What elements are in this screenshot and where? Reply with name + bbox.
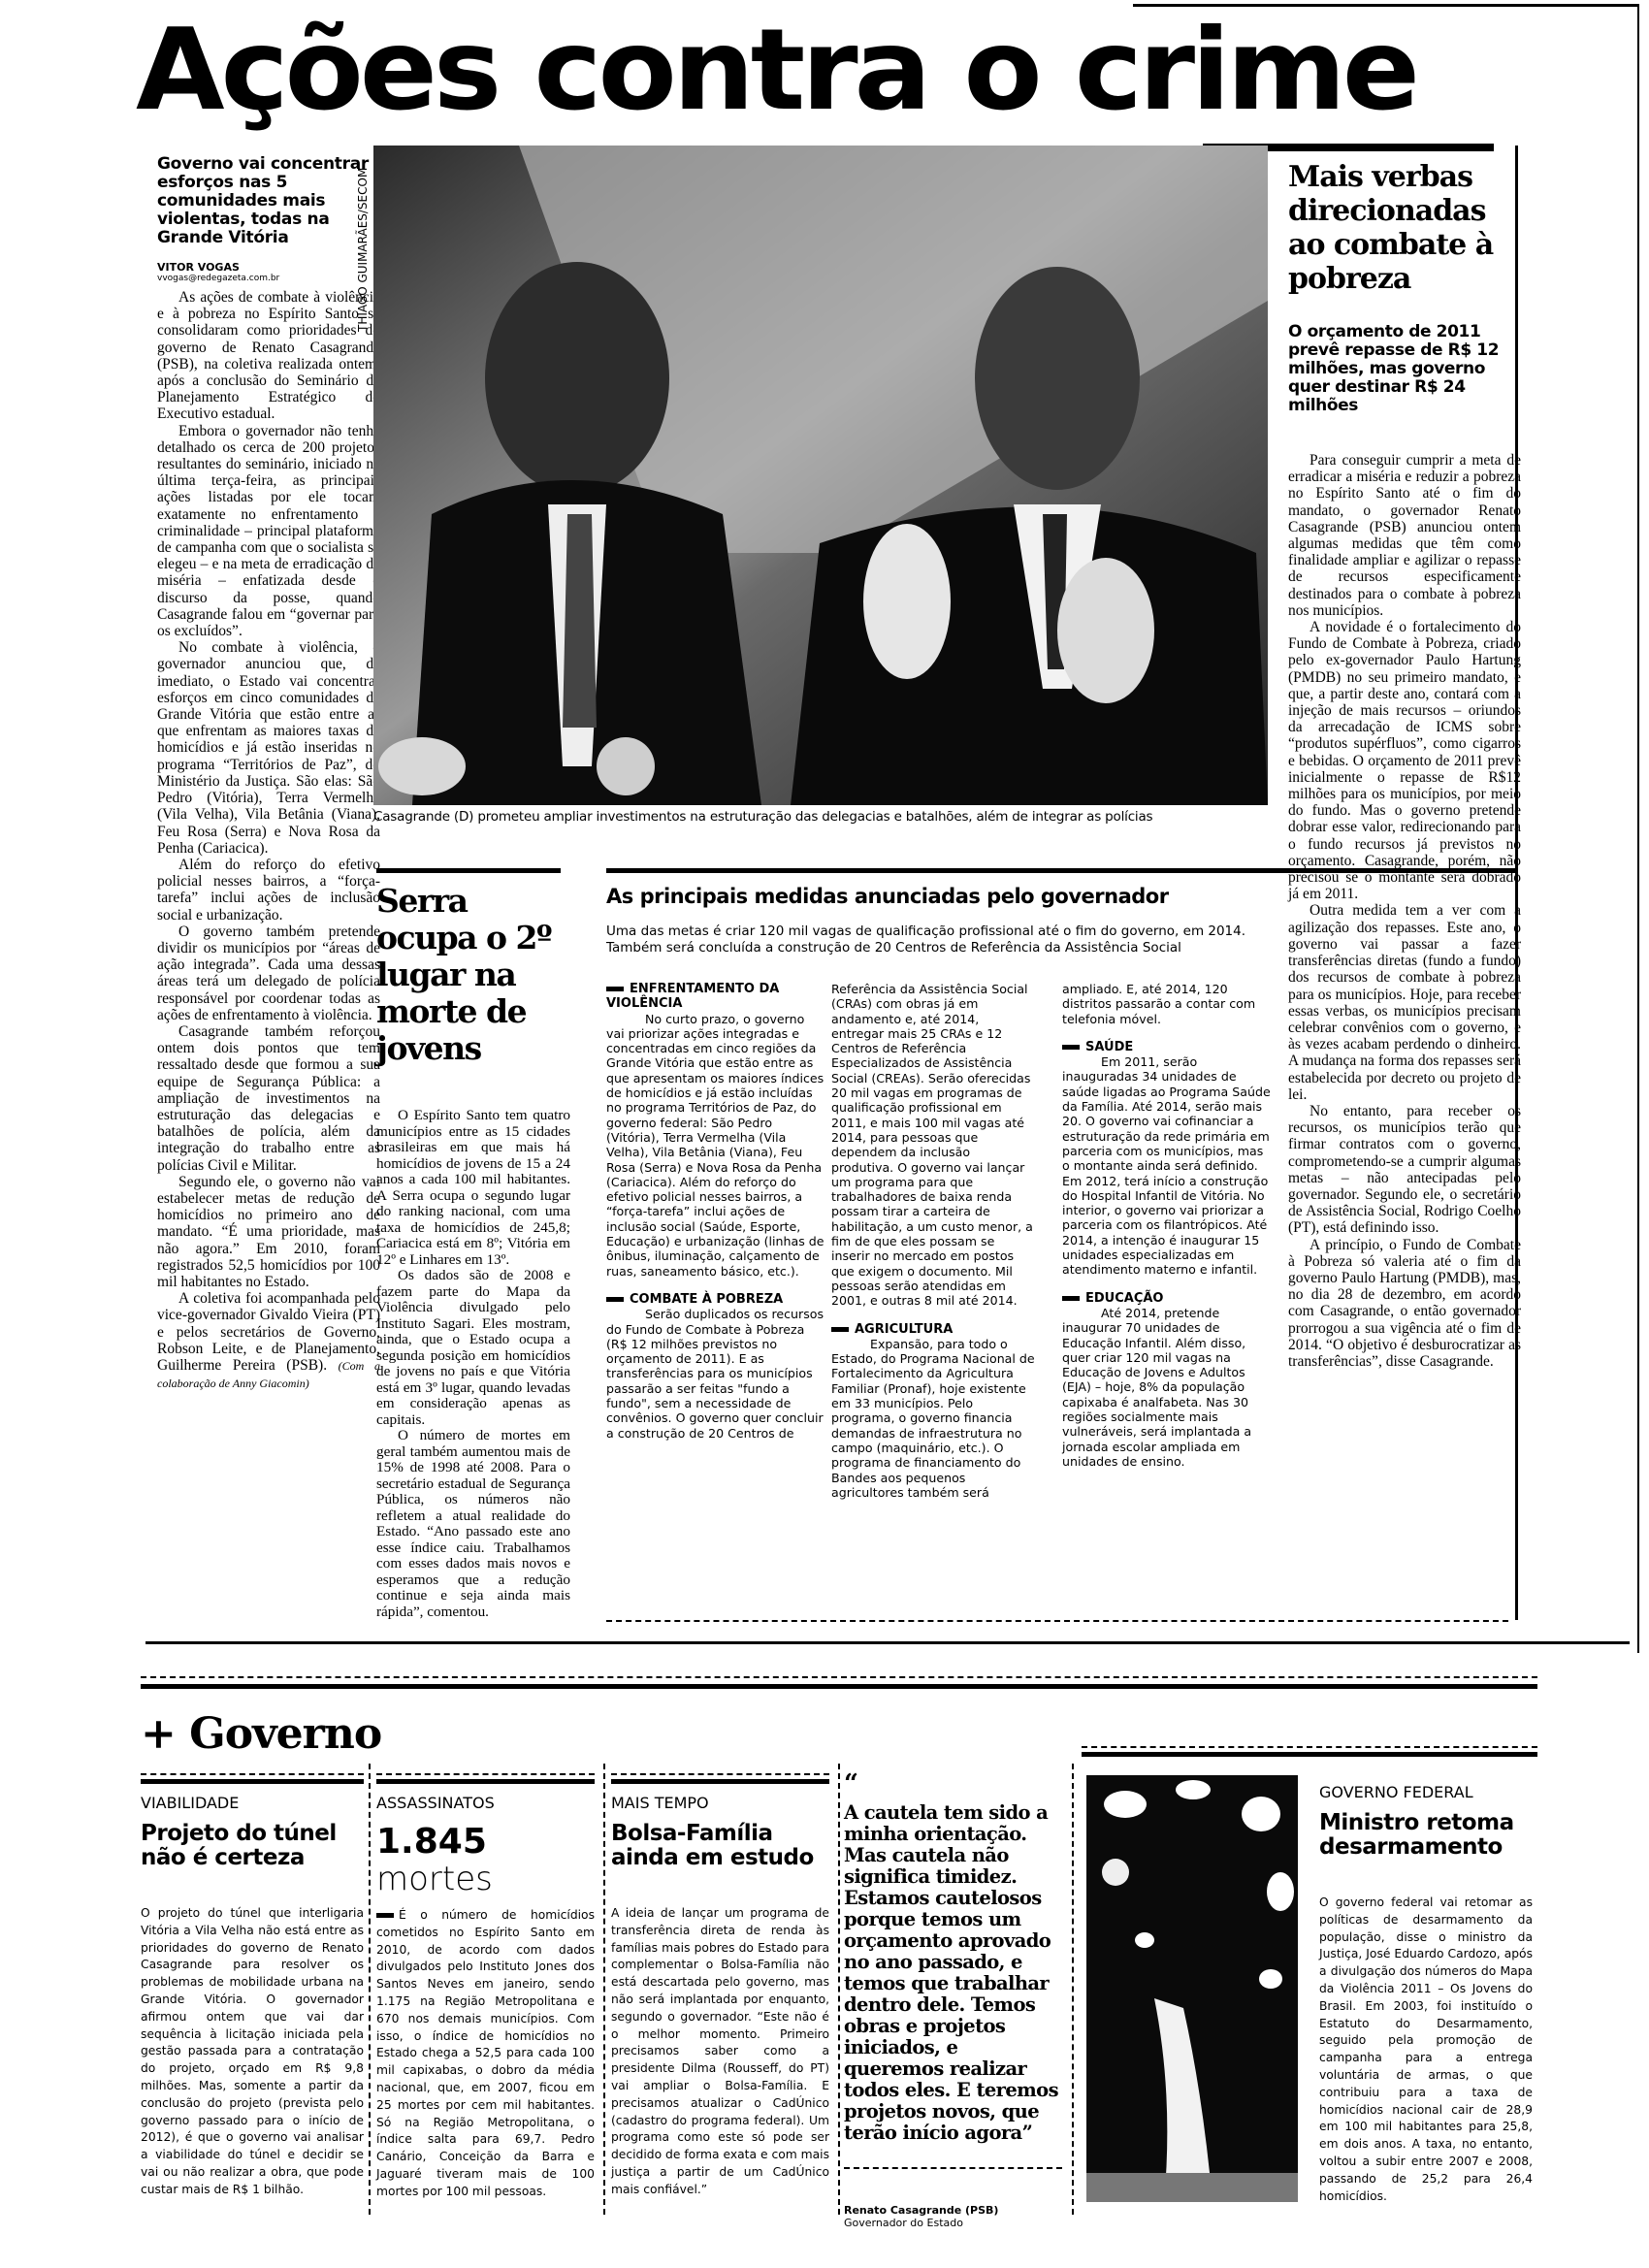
- serra-box-body: O Espírito Santo tem quatro municípios e…: [376, 1108, 570, 1620]
- quote-rule: [844, 2167, 1062, 2169]
- lead-story: Governo vai concentrar esforços nas 5 co…: [157, 155, 380, 1392]
- byline-email[interactable]: vvogas@redegazeta.com.br: [157, 274, 380, 283]
- column-divider: [838, 1764, 840, 2215]
- box-title: Projeto do túnel não é certeza: [141, 1822, 364, 1870]
- page-frame-right: [1637, 4, 1639, 1653]
- box-title: Bolsa-Família ainda em estudo: [611, 1822, 829, 1870]
- lead-paragraph: Além do reforço do efetivo policial ness…: [157, 857, 380, 923]
- serra-box-title: Serra ocupa o 2º lugar na morte de joven…: [376, 883, 570, 1067]
- right-story-body: Para conseguir cumprir a meta de erradic…: [1288, 452, 1521, 1370]
- serra-paragraph: Os dados são de 2008 e fazem parte do Ma…: [376, 1268, 570, 1428]
- box-body: O governo federal vai retomar as polític…: [1319, 1895, 1533, 2205]
- right-paragraph: A princípio, o Fundo de Combate à Pobrez…: [1288, 1237, 1521, 1371]
- medidas-title: As principais medidas anunciadas pelo go…: [606, 885, 1169, 908]
- box-body: O projeto do túnel que interligaria Vitó…: [141, 1905, 364, 2199]
- right-paragraph: Outra medida tem a ver com a agilização …: [1288, 902, 1521, 1102]
- mais-governo-title: + Governo: [141, 1709, 381, 1759]
- right-paragraph: No entanto, para receber os recursos, os…: [1288, 1103, 1521, 1237]
- section-text: Até 2014, pretende inaugurar 70 unidades…: [1062, 1306, 1271, 1469]
- box-rule: [376, 1773, 595, 1775]
- bullet-bar-icon: [376, 1913, 394, 1918]
- section-label-violencia: ENFRENTAMENTO DA VIOLÊNCIA: [606, 982, 824, 1012]
- section-label-pobreza: COMBATE À POBREZA: [606, 1292, 824, 1307]
- section-label-agricultura: AGRICULTURA: [831, 1322, 1035, 1337]
- serra-paragraph: O número de mortes em geral também aumen…: [376, 1428, 570, 1620]
- lead-paragraph: No combate à violência, o governador anu…: [157, 639, 380, 857]
- right-paragraph: Para conseguir cumprir a meta de erradic…: [1288, 452, 1521, 619]
- column-divider: [603, 1764, 605, 2215]
- section-bar-icon: [606, 1297, 624, 1302]
- lead-paragraph: A coletiva foi acompanhada pelo vice-gov…: [157, 1290, 380, 1392]
- box-rule: [611, 1773, 829, 1775]
- right-story-title: Mais verbas direcionadas ao combate à po…: [1288, 160, 1521, 296]
- box-title: Ministro retoma desarmamento: [1319, 1811, 1533, 1860]
- right-column-border: [1515, 146, 1518, 1620]
- box-assassinatos: ASSASSINATOS 1.845 mortes É o número de …: [376, 1773, 595, 2201]
- photo-caption: Casagrande (D) prometeu ampliar investim…: [373, 809, 1152, 825]
- section-label-saude: SAÚDE: [1062, 1040, 1271, 1054]
- section-text: Serão duplicados os recursos do Fundo de…: [606, 1307, 824, 1441]
- photo-credit: THIAGO GUIMARÃES/SECOM: [356, 147, 372, 332]
- section-bar-icon: [831, 1327, 849, 1332]
- box-governo-federal: GOVERNO FEDERAL Ministro retoma desarmam…: [1319, 1773, 1533, 2205]
- section-bar-icon: [1062, 1296, 1080, 1301]
- byline: VITOR VOGAS: [157, 261, 380, 274]
- page-headline: Ações contra o crime: [136, 8, 1416, 134]
- serra-box: Serra ocupa o 2º lugar na morte de joven…: [376, 883, 570, 1620]
- governo-thick-rule: [141, 1684, 1537, 1689]
- lead-paragraph: Segundo ele, o governo não vai estabelec…: [157, 1174, 380, 1290]
- box-kicker: GOVERNO FEDERAL: [1319, 1783, 1533, 1801]
- quote-text: A cautela tem sido a minha orientação. M…: [844, 1802, 1062, 2144]
- box-kicker: MAIS TEMPO: [611, 1794, 829, 1812]
- box-mais-tempo: MAIS TEMPO Bolsa-Família ainda em estudo…: [611, 1773, 829, 2199]
- section-bar-icon: [606, 987, 624, 991]
- lead-paragraph: O governo também pretende dividir os mun…: [157, 923, 380, 1023]
- quote-mark-icon: “: [844, 1771, 1062, 1797]
- homicide-count: 1.845: [376, 1824, 595, 1861]
- lead-deck: Governo vai concentrar esforços nas 5 co…: [157, 155, 380, 247]
- medidas-bottom-rule: [606, 1620, 1508, 1622]
- lead-paragraph: Casagrande também reforçou ontem dois po…: [157, 1023, 380, 1174]
- box-rule: [141, 1773, 364, 1775]
- quote-author: Renato Casagrande (PSB): [844, 2204, 1062, 2217]
- medidas-rule: [606, 868, 1518, 873]
- section-text: Expansão, para todo o Estado, do Program…: [831, 1337, 1035, 1500]
- section-text-continued: ampliado. E, até 2014, 120 distritos pas…: [1062, 982, 1271, 1026]
- quote-role: Governador do Estado: [844, 2217, 1062, 2229]
- lead-paragraph: Embora o governador não tenha detalhado …: [157, 423, 380, 640]
- medidas-column-2: Referência da Assistência Social (CRAs) …: [831, 982, 1035, 1500]
- section-label-educacao: EDUCAÇÃO: [1062, 1291, 1271, 1306]
- homicide-unit: mortes: [376, 1861, 595, 1897]
- column-divider: [1072, 1764, 1074, 2215]
- lead-body: As ações de combate à violência e à pobr…: [157, 289, 380, 1392]
- medidas-column-3: ampliado. E, até 2014, 120 distritos pas…: [1062, 982, 1271, 1469]
- box-quote: “ A cautela tem sido a minha orientação.…: [844, 1771, 1062, 2229]
- right-story-rule: [1285, 146, 1494, 151]
- serra-paragraph: O Espírito Santo tem quatro municípios e…: [376, 1108, 570, 1268]
- governo-dashed-rule: [141, 1676, 1537, 1678]
- right-story-deck: O orçamento de 2011 prevê repasse de R$ …: [1288, 323, 1521, 415]
- main-photo: [373, 146, 1268, 805]
- serra-box-rule: [376, 868, 561, 873]
- box-federal-rules: [1082, 1746, 1537, 1757]
- medidas-lead: Uma das metas é criar 120 mil vagas de q…: [606, 923, 1266, 956]
- box-rule: [611, 1779, 829, 1784]
- box-kicker: ASSASSINATOS: [376, 1794, 595, 1812]
- section-text: Em 2011, serão inauguradas 34 unidades d…: [1062, 1054, 1271, 1277]
- crowd-photo: [1086, 1775, 1298, 2202]
- right-story: Mais verbas direcionadas ao combate à po…: [1288, 160, 1521, 1370]
- column-divider: [369, 1764, 371, 2215]
- section-text: No curto prazo, o governo vai priorizar …: [606, 1012, 824, 1279]
- section-text-continued: Referência da Assistência Social (CRAs) …: [831, 982, 1035, 1309]
- press-conference-photo-icon: [373, 146, 1268, 805]
- box-rule: [376, 1779, 595, 1784]
- medidas-column-1: ENFRENTAMENTO DA VIOLÊNCIA No curto praz…: [606, 982, 824, 1441]
- box-rule: [141, 1779, 364, 1784]
- crowd-photo-icon: [1086, 1775, 1298, 2202]
- right-paragraph: A novidade é o fortalecimento do Fundo d…: [1288, 619, 1521, 902]
- lead-paragraph: As ações de combate à violência e à pobr…: [157, 289, 380, 423]
- section-bar-icon: [1062, 1045, 1080, 1050]
- box-body: É o número de homicídios cometidos no Es…: [376, 1907, 595, 2201]
- box-viabilidade: VIABILIDADE Projeto do túnel não é certe…: [141, 1773, 364, 2199]
- section-divider: [145, 1641, 1630, 1644]
- box-body: A ideia de lançar um programa de transfe…: [611, 1905, 829, 2199]
- box-kicker: VIABILIDADE: [141, 1794, 364, 1812]
